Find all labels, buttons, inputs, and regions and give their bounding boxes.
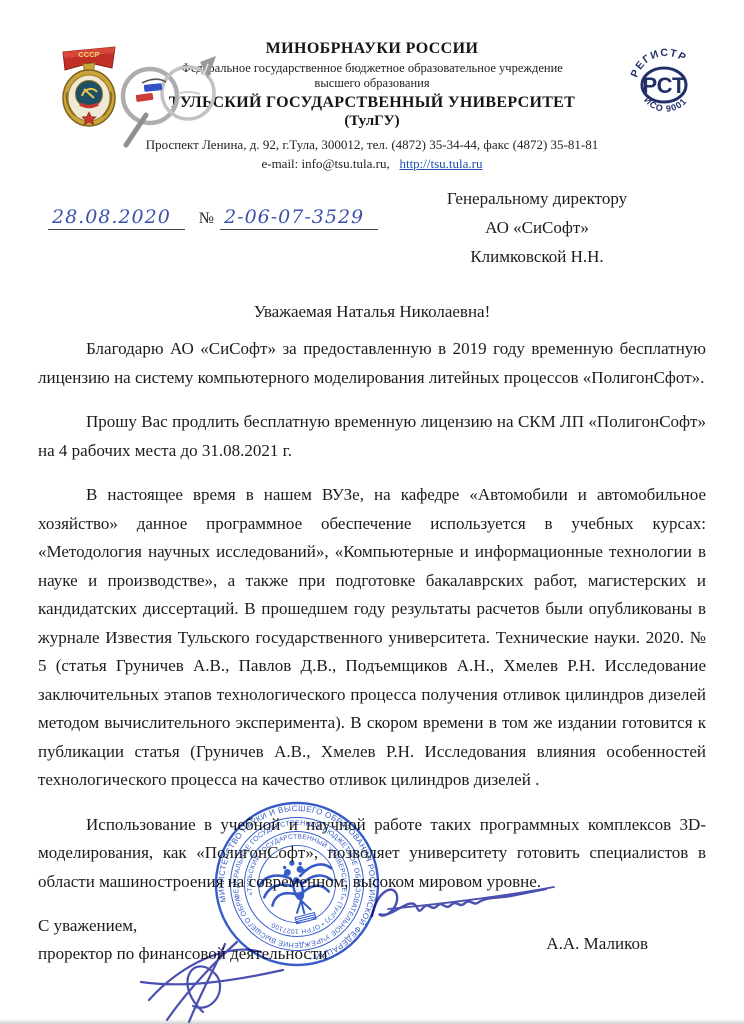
rst-center-text: РСТ bbox=[643, 73, 686, 98]
paragraph-1: Благодарю АО «СиСофт» за предоставленную… bbox=[38, 335, 706, 392]
reference-section: 28.08.2020№2-06-07-3529 Генеральному дир… bbox=[0, 180, 744, 276]
salutation: Уважаемая Наталья Николаевна! bbox=[0, 302, 744, 322]
handwritten-number: 2-06-07-3529 bbox=[224, 206, 364, 228]
letterhead: СССР bbox=[0, 0, 744, 172]
rst-iso9001-mark-icon: РЕГИСТР ИСО 9001 РСТ bbox=[620, 40, 712, 132]
order-of-labour-medal-icon: СССР bbox=[53, 44, 125, 132]
address-line: Проспект Ленина, д. 92, г.Тула, 300012, … bbox=[0, 137, 744, 153]
date-number-line: 28.08.2020№2-06-07-3529 bbox=[48, 206, 378, 230]
contact-line: e-mail: info@tsu.tula.ru, http://tsu.tul… bbox=[0, 156, 744, 172]
handwritten-date: 28.08.2020 bbox=[52, 206, 171, 228]
director-signature bbox=[366, 874, 562, 932]
medal-ussr-text: СССР bbox=[78, 50, 99, 59]
paragraph-3: В настоящее время в нашем ВУЗе, на кафед… bbox=[38, 481, 706, 795]
recipient-company: АО «СиСофт» bbox=[432, 213, 642, 242]
paragraph-2: Прошу Вас продлить бесплатную временную … bbox=[38, 408, 706, 465]
secondary-signature-scribble bbox=[131, 936, 309, 1024]
signer-name: А.А. Маликов bbox=[546, 930, 648, 958]
recipient-block: Генеральному директору АО «СиСофт» Климк… bbox=[432, 184, 642, 271]
letter-body: Благодарю АО «СиСофт» за предоставленную… bbox=[38, 335, 706, 896]
number-label: № bbox=[199, 210, 214, 227]
90-anniversary-logo-icon bbox=[116, 52, 224, 152]
email-text: e-mail: info@tsu.tula.ru, bbox=[261, 156, 389, 171]
website-link[interactable]: http://tsu.tula.ru bbox=[399, 156, 482, 171]
scanned-letter-page: СССР bbox=[0, 0, 744, 1024]
recipient-name: Климковской Н.Н. bbox=[432, 242, 642, 271]
recipient-position: Генеральному директору bbox=[432, 184, 642, 213]
